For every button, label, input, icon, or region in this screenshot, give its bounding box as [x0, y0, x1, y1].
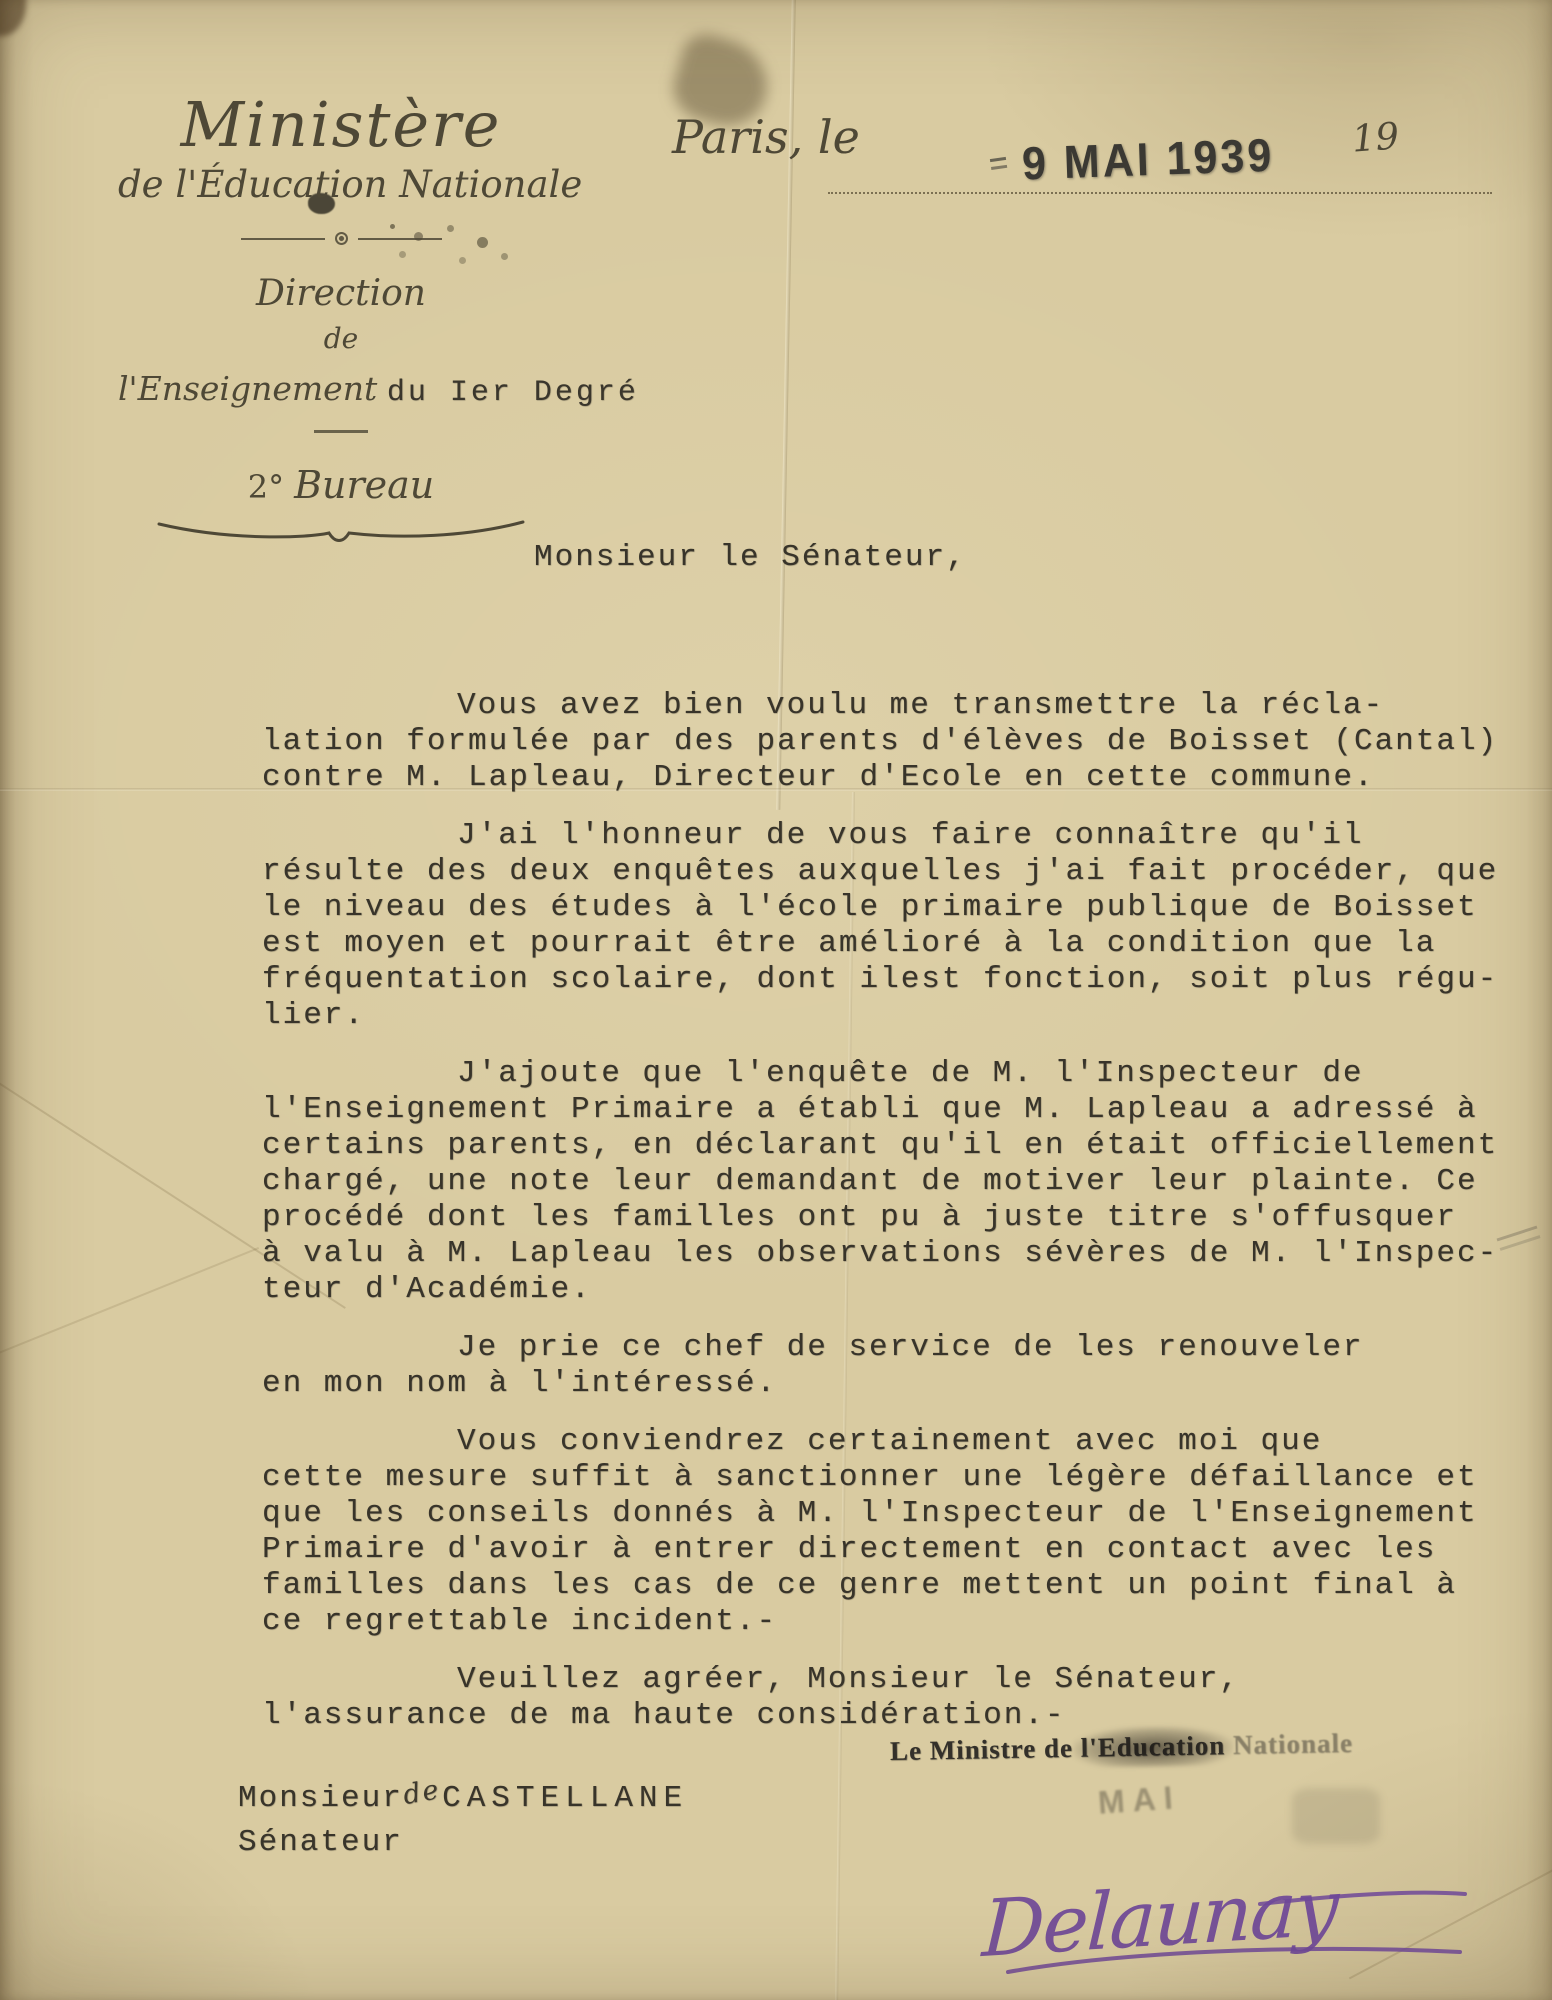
bureau-number: 2°: [248, 468, 284, 506]
ornament-line: [358, 238, 442, 240]
letterhead-ornament: [118, 232, 564, 245]
letterhead-divider-dash: [314, 430, 368, 433]
dateline-place: Paris, le: [672, 110, 860, 164]
signature: Delaunay: [980, 1863, 1338, 1975]
date-stamp: 9 MAI 1939: [1021, 130, 1275, 192]
letterhead: Ministère de l'Éducation Nationale Direc…: [118, 92, 564, 553]
recipient-honorific: Monsieur: [238, 1781, 403, 1816]
minister-stamp-part3-faded: Nationale: [1225, 1728, 1353, 1760]
ornament-line: [241, 238, 325, 240]
salutation: Monsieur le Sénateur,: [534, 540, 1514, 576]
recipient-title: Sénateur: [238, 1825, 688, 1860]
paragraph-4: Je prie ce chef de service de les renouv…: [262, 1330, 1514, 1402]
letter-body: Monsieur le Sénateur, Vous avez bien vou…: [262, 540, 1514, 1756]
minister-stamp-part1: Le Ministre de: [890, 1733, 1081, 1766]
recipient-block: Monsieur de CASTELLANE Sénateur: [238, 1781, 688, 1860]
corner-damage: [0, 0, 26, 36]
recipient-line1: Monsieur de CASTELLANE: [238, 1781, 688, 1816]
paragraph-1: Vous avez bien voulu me transmettre la r…: [262, 688, 1514, 796]
ministry-name-line1: Ministère: [118, 92, 564, 157]
ornament-dot: [335, 232, 348, 245]
letter-page: Ministère de l'Éducation Nationale Direc…: [0, 0, 1552, 2000]
ink-mark: [990, 157, 1006, 162]
minister-stamp: Le Ministre de l'Education Nationale: [890, 1728, 1354, 1767]
diagonal-crease: [0, 1247, 259, 1365]
bureau-word: Bureau: [294, 463, 434, 507]
recipient-surname: CASTELLANE: [442, 1781, 688, 1816]
paragraph-3: J'ajoute que l'enquête de M. l'Inspecteu…: [262, 1056, 1514, 1308]
bureau-line: 2°Bureau: [118, 463, 564, 510]
faint-stamp-blob: [1292, 1788, 1380, 1844]
faint-date-stamp: MAI: [1097, 1779, 1182, 1822]
ministry-name-line2: de l'Éducation Nationale: [118, 163, 564, 206]
minister-stamp-part2-smudged: l'Education: [1080, 1730, 1225, 1763]
direction-line1: Direction: [118, 273, 564, 314]
dateline-rule: [828, 192, 1492, 194]
direction-line2: de: [118, 322, 564, 355]
direction-line3-script: l'Enseignement: [118, 369, 377, 408]
diagonal-crease: [1349, 1823, 1552, 1980]
paragraph-2: J'ai l'honneur de vous faire connaître q…: [262, 818, 1514, 1034]
closing-paragraph: Veuillez agréer, Monsieur le Sénateur, l…: [262, 1662, 1514, 1734]
paragraph-5: Vous conviendrez certainement avec moi q…: [262, 1424, 1514, 1640]
direction-line3-typed: du Ier Degré: [387, 376, 639, 410]
recipient-particle-handwritten: de: [401, 1774, 443, 1811]
direction-line3: l'Enseignement du Ier Degré: [118, 369, 564, 410]
dateline-year-prefix: 19: [1351, 114, 1401, 160]
